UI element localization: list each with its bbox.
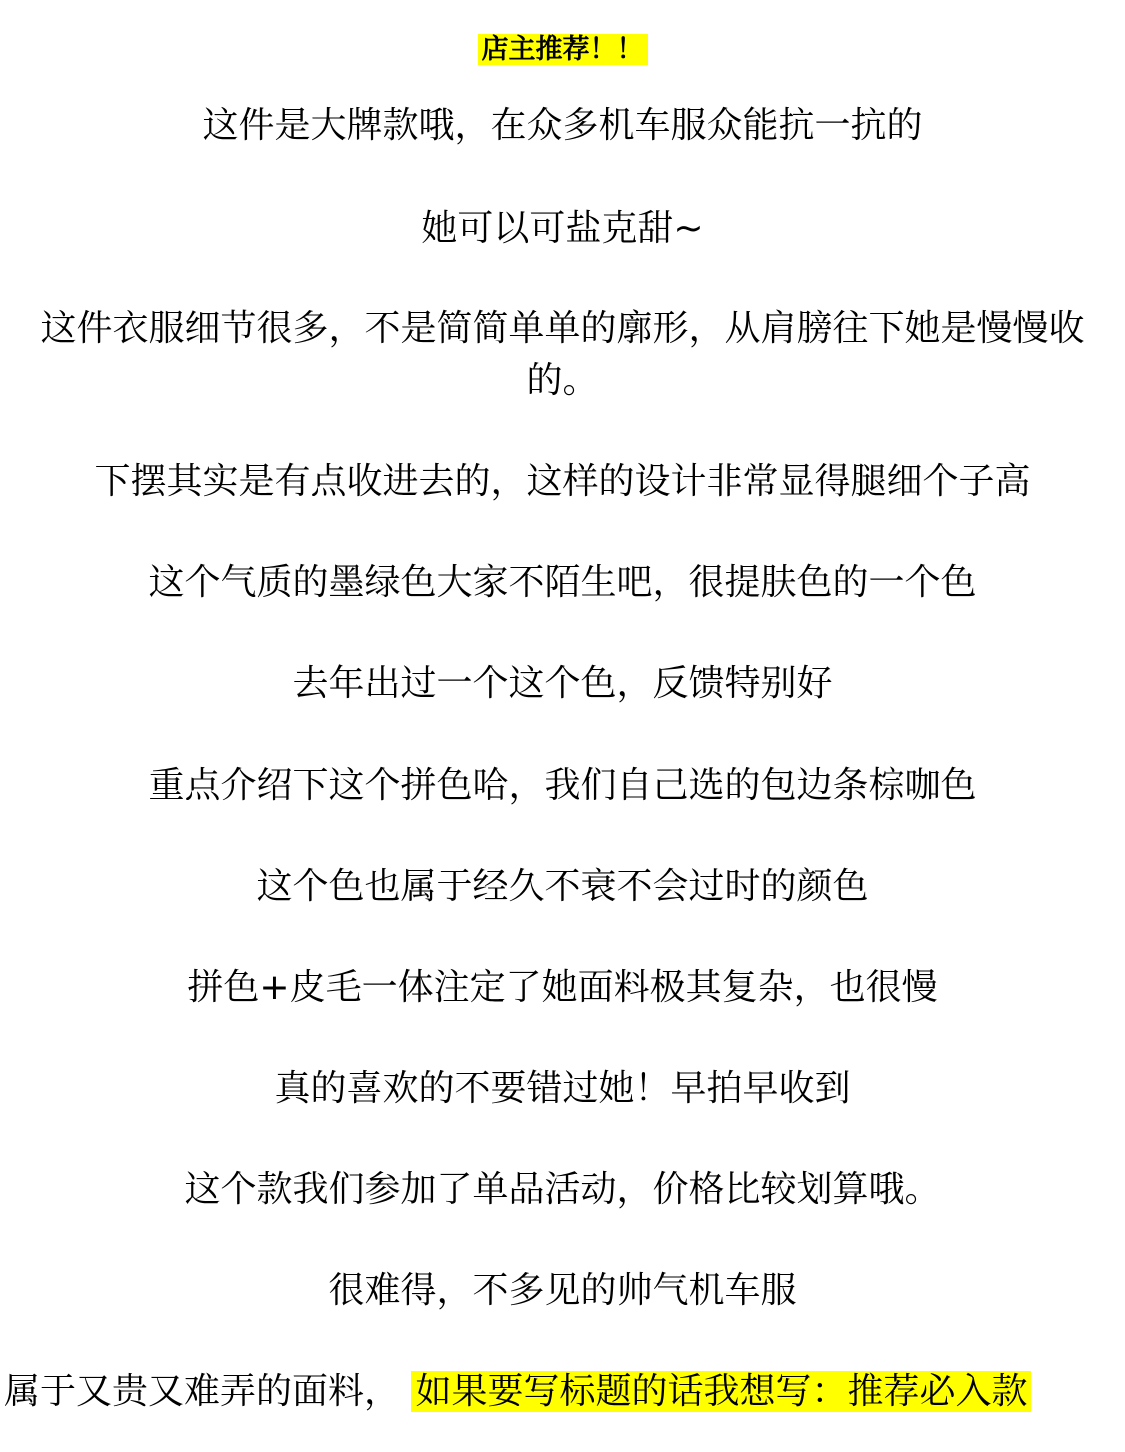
title-line: 店主推荐！！ [0,30,1125,70]
highlighted-headline-suggestion: 如果要写标题的话我想写：推荐必入款 [411,1371,1031,1412]
paragraph: 下摆其实是有点收进去的，这样的设计非常显得腿细个子高 [0,456,1125,508]
paragraph: 她可以可盐克甜~ [0,203,1125,255]
paragraph: 拼色+皮毛一体注定了她面料极其复杂，也很慢 [0,962,1125,1014]
paragraph: 去年出过一个这个色，反馈特别好 [0,658,1125,710]
paragraph: 这件是大牌款哦，在众多机车服众能抗一抗的 [0,100,1125,152]
paragraph: 这个气质的墨绿色大家不陌生吧，很提肤色的一个色 [0,557,1125,609]
paragraph: 重点介绍下这个拼色哈，我们自己选的包边条棕咖色 [0,760,1125,812]
paragraph: 很难得，不多见的帅气机车服 [0,1265,1125,1317]
paragraph: 这件衣服细节很多，不是简简单单的廓形，从肩膀往下她是慢慢收的。 [0,303,1125,407]
paragraph: 真的喜欢的不要错过她！早拍早收到 [0,1063,1125,1115]
highlighted-title: 店主推荐！！ [478,34,648,65]
product-description-document: 店主推荐！！ 这件是大牌款哦，在众多机车服众能抗一抗的 她可以可盐克甜~ 这件衣… [0,0,1125,1452]
paragraph: 这个色也属于经久不衰不会过时的颜色 [0,861,1125,913]
closing-paragraph: 属于又贵又难弄的面料， 如果要写标题的话我想写：推荐必入款 [4,1366,1125,1418]
closing-plain-text: 属于又贵又难弄的面料， [4,1371,400,1412]
paragraph: 这个款我们参加了单品活动，价格比较划算哦。 [0,1164,1125,1216]
